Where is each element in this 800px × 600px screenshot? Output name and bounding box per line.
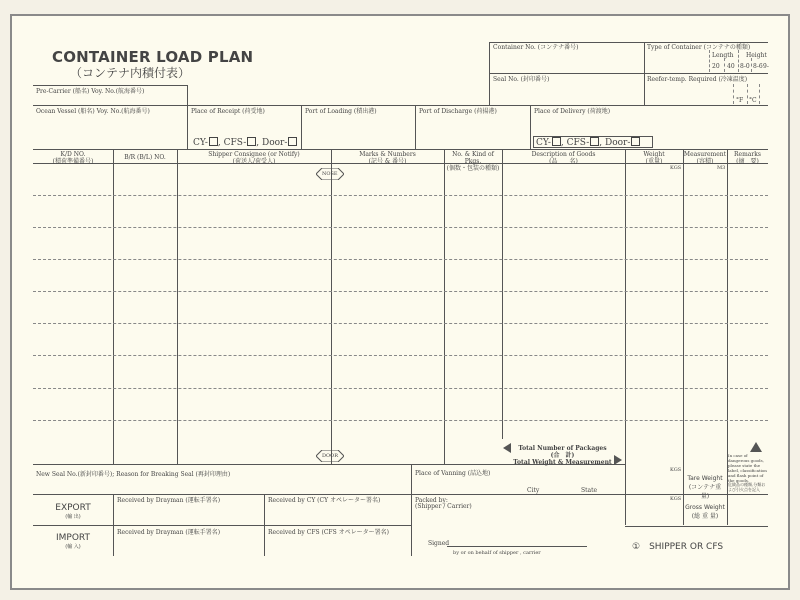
delivery-door-checkbox[interactable]: [631, 137, 640, 146]
col-header-kd-no: K/D NO.(積荷準備番号): [33, 151, 113, 165]
height-8-6-checkbox[interactable]: 8-6: [753, 63, 763, 70]
received-cfs-label: Received by CFS (CFS オペレーター署名): [268, 529, 389, 536]
deg-f-field[interactable]: °F: [736, 97, 743, 104]
seal-no-label: Seal No. (封印番号): [493, 76, 549, 83]
door-label: DOOR: [322, 453, 338, 460]
col-header-remarks: Remarks(摘 要): [727, 151, 768, 165]
new-seal-field[interactable]: [34, 478, 409, 494]
col-header-br-no: B/R (B/L) NO.: [113, 154, 177, 161]
receipt-door-checkbox[interactable]: [288, 137, 297, 146]
port-of-discharge-label: Port of Discharge (荷揚港): [419, 108, 497, 115]
warning-icon: [750, 442, 762, 452]
table-row[interactable]: [33, 291, 768, 292]
totals-label: Total Number of Packages(合 計)Total Weigh…: [510, 445, 615, 466]
reefer-temp-label: Reefer-temp. Required (冷凍温度): [647, 76, 747, 83]
gross-weight-label: Gross Weight(総 重 量): [685, 504, 725, 520]
port-of-loading-field[interactable]: [303, 116, 413, 146]
dangerous-goods-note: In case of dangerous goods, please state…: [728, 453, 768, 483]
signed-label: Signed: [428, 540, 449, 547]
place-of-receipt-label: Place of Receipt (荷受地): [191, 108, 265, 115]
container-no-field[interactable]: [491, 52, 641, 72]
seal-no-field[interactable]: [491, 84, 641, 104]
deg-c-field[interactable]: °C: [749, 97, 757, 104]
type-of-container-label: Type of Container (コンテナの種類): [647, 44, 750, 51]
import-label: IMPORT(輸 入): [33, 533, 113, 550]
pre-carrier-field[interactable]: [33, 94, 186, 105]
table-row[interactable]: [33, 355, 768, 356]
copy-designation: ① SHIPPER OR CFS: [632, 539, 723, 552]
on-behalf-label: by or on behalf of shipper , carrier: [453, 550, 541, 557]
table-row[interactable]: [33, 420, 768, 421]
col-header-description: Description of Goods(品 名): [502, 151, 625, 165]
table-row[interactable]: [33, 227, 768, 228]
length-20-checkbox[interactable]: 20: [712, 63, 720, 70]
delivery-cy-checkbox[interactable]: [552, 137, 561, 146]
export-label: EXPORT(輸 出): [33, 503, 113, 520]
table-row[interactable]: [33, 388, 768, 389]
received-drayman-export-label: Received by Drayman (運転手署名): [117, 497, 220, 504]
received-cfs-field[interactable]: [266, 536, 409, 554]
col-header-weight: Weight(重量): [625, 151, 683, 165]
col-header-measurement: Measurement(容積): [683, 151, 727, 165]
city-label: City: [527, 487, 539, 494]
port-of-discharge-field[interactable]: [417, 116, 527, 146]
receipt-cy-checkbox[interactable]: [209, 137, 218, 146]
port-of-loading-label: Port of Loading (積出港): [305, 108, 377, 115]
delivery-service-options: CY-, CFS-, Door-: [536, 137, 640, 148]
height-8-0-checkbox[interactable]: 8-0: [740, 63, 750, 70]
delivery-cfs-checkbox[interactable]: [590, 137, 599, 146]
ocean-vessel-label: Ocean Vessel (船名) Voy. No.(航海番号): [36, 108, 150, 115]
form-subtitle: （コンテナ内積付表）: [70, 64, 190, 81]
measurement-unit: M3: [717, 165, 725, 172]
ocean-vessel-field[interactable]: [34, 116, 184, 146]
signature-line[interactable]: [447, 546, 587, 547]
col-header-pkgs: No. & Kind of Pkgs.(個数・包装の種類): [444, 151, 502, 172]
table-row[interactable]: [33, 195, 768, 196]
receipt-service-options: CY-, CFS-, Door-: [193, 137, 297, 148]
state-label: State: [581, 487, 597, 494]
receipt-cfs-checkbox[interactable]: [247, 137, 256, 146]
table-row[interactable]: [33, 259, 768, 260]
length-label: Length: [712, 52, 734, 59]
received-drayman-import-field[interactable]: [115, 536, 262, 554]
container-no-label: Container No. (コンテナ番号): [493, 44, 578, 51]
place-of-delivery-label: Place of Delivery (荷渡地): [534, 108, 610, 115]
place-of-delivery-field[interactable]: [532, 116, 762, 134]
new-seal-label: New Seal No.(新封印番号); Reason for Breaking…: [36, 471, 230, 478]
table-row[interactable]: [33, 323, 768, 324]
place-of-vanning-field[interactable]: [413, 477, 623, 486]
received-drayman-import-label: Received by Drayman (運転手署名): [117, 529, 220, 536]
weight-unit: KGS: [670, 165, 681, 172]
received-cy-field[interactable]: [266, 504, 409, 524]
dangerous-goods-note-jp: 危険品の種類,分類および引火点を記入: [728, 482, 768, 492]
col-header-marks: Marks & Numbers(記号 & 番号): [331, 151, 444, 165]
received-cy-label: Received by CY (CY オペレーター署名): [268, 497, 380, 504]
length-40-checkbox[interactable]: 40: [727, 63, 735, 70]
tare-weight-label: Tare Weight(コンテナ重量): [685, 475, 725, 500]
col-header-shipper: Shipper Consignee (or Notify)(荷送人/荷受人): [177, 151, 331, 165]
tare-kgs-unit: KGS: [670, 467, 681, 474]
nose-label: NOSE: [322, 171, 338, 178]
place-of-vanning-label: Place of Vanning (詰込地): [415, 470, 490, 477]
height-9-checkbox[interactable]: 9-: [763, 63, 769, 70]
tare-weight-field[interactable]: [627, 475, 682, 495]
received-drayman-export-field[interactable]: [115, 504, 262, 524]
packed-by-sub: (Shipper / Carrier): [415, 503, 472, 510]
gross-weight-field[interactable]: [627, 502, 682, 524]
height-label: Height: [746, 52, 767, 59]
